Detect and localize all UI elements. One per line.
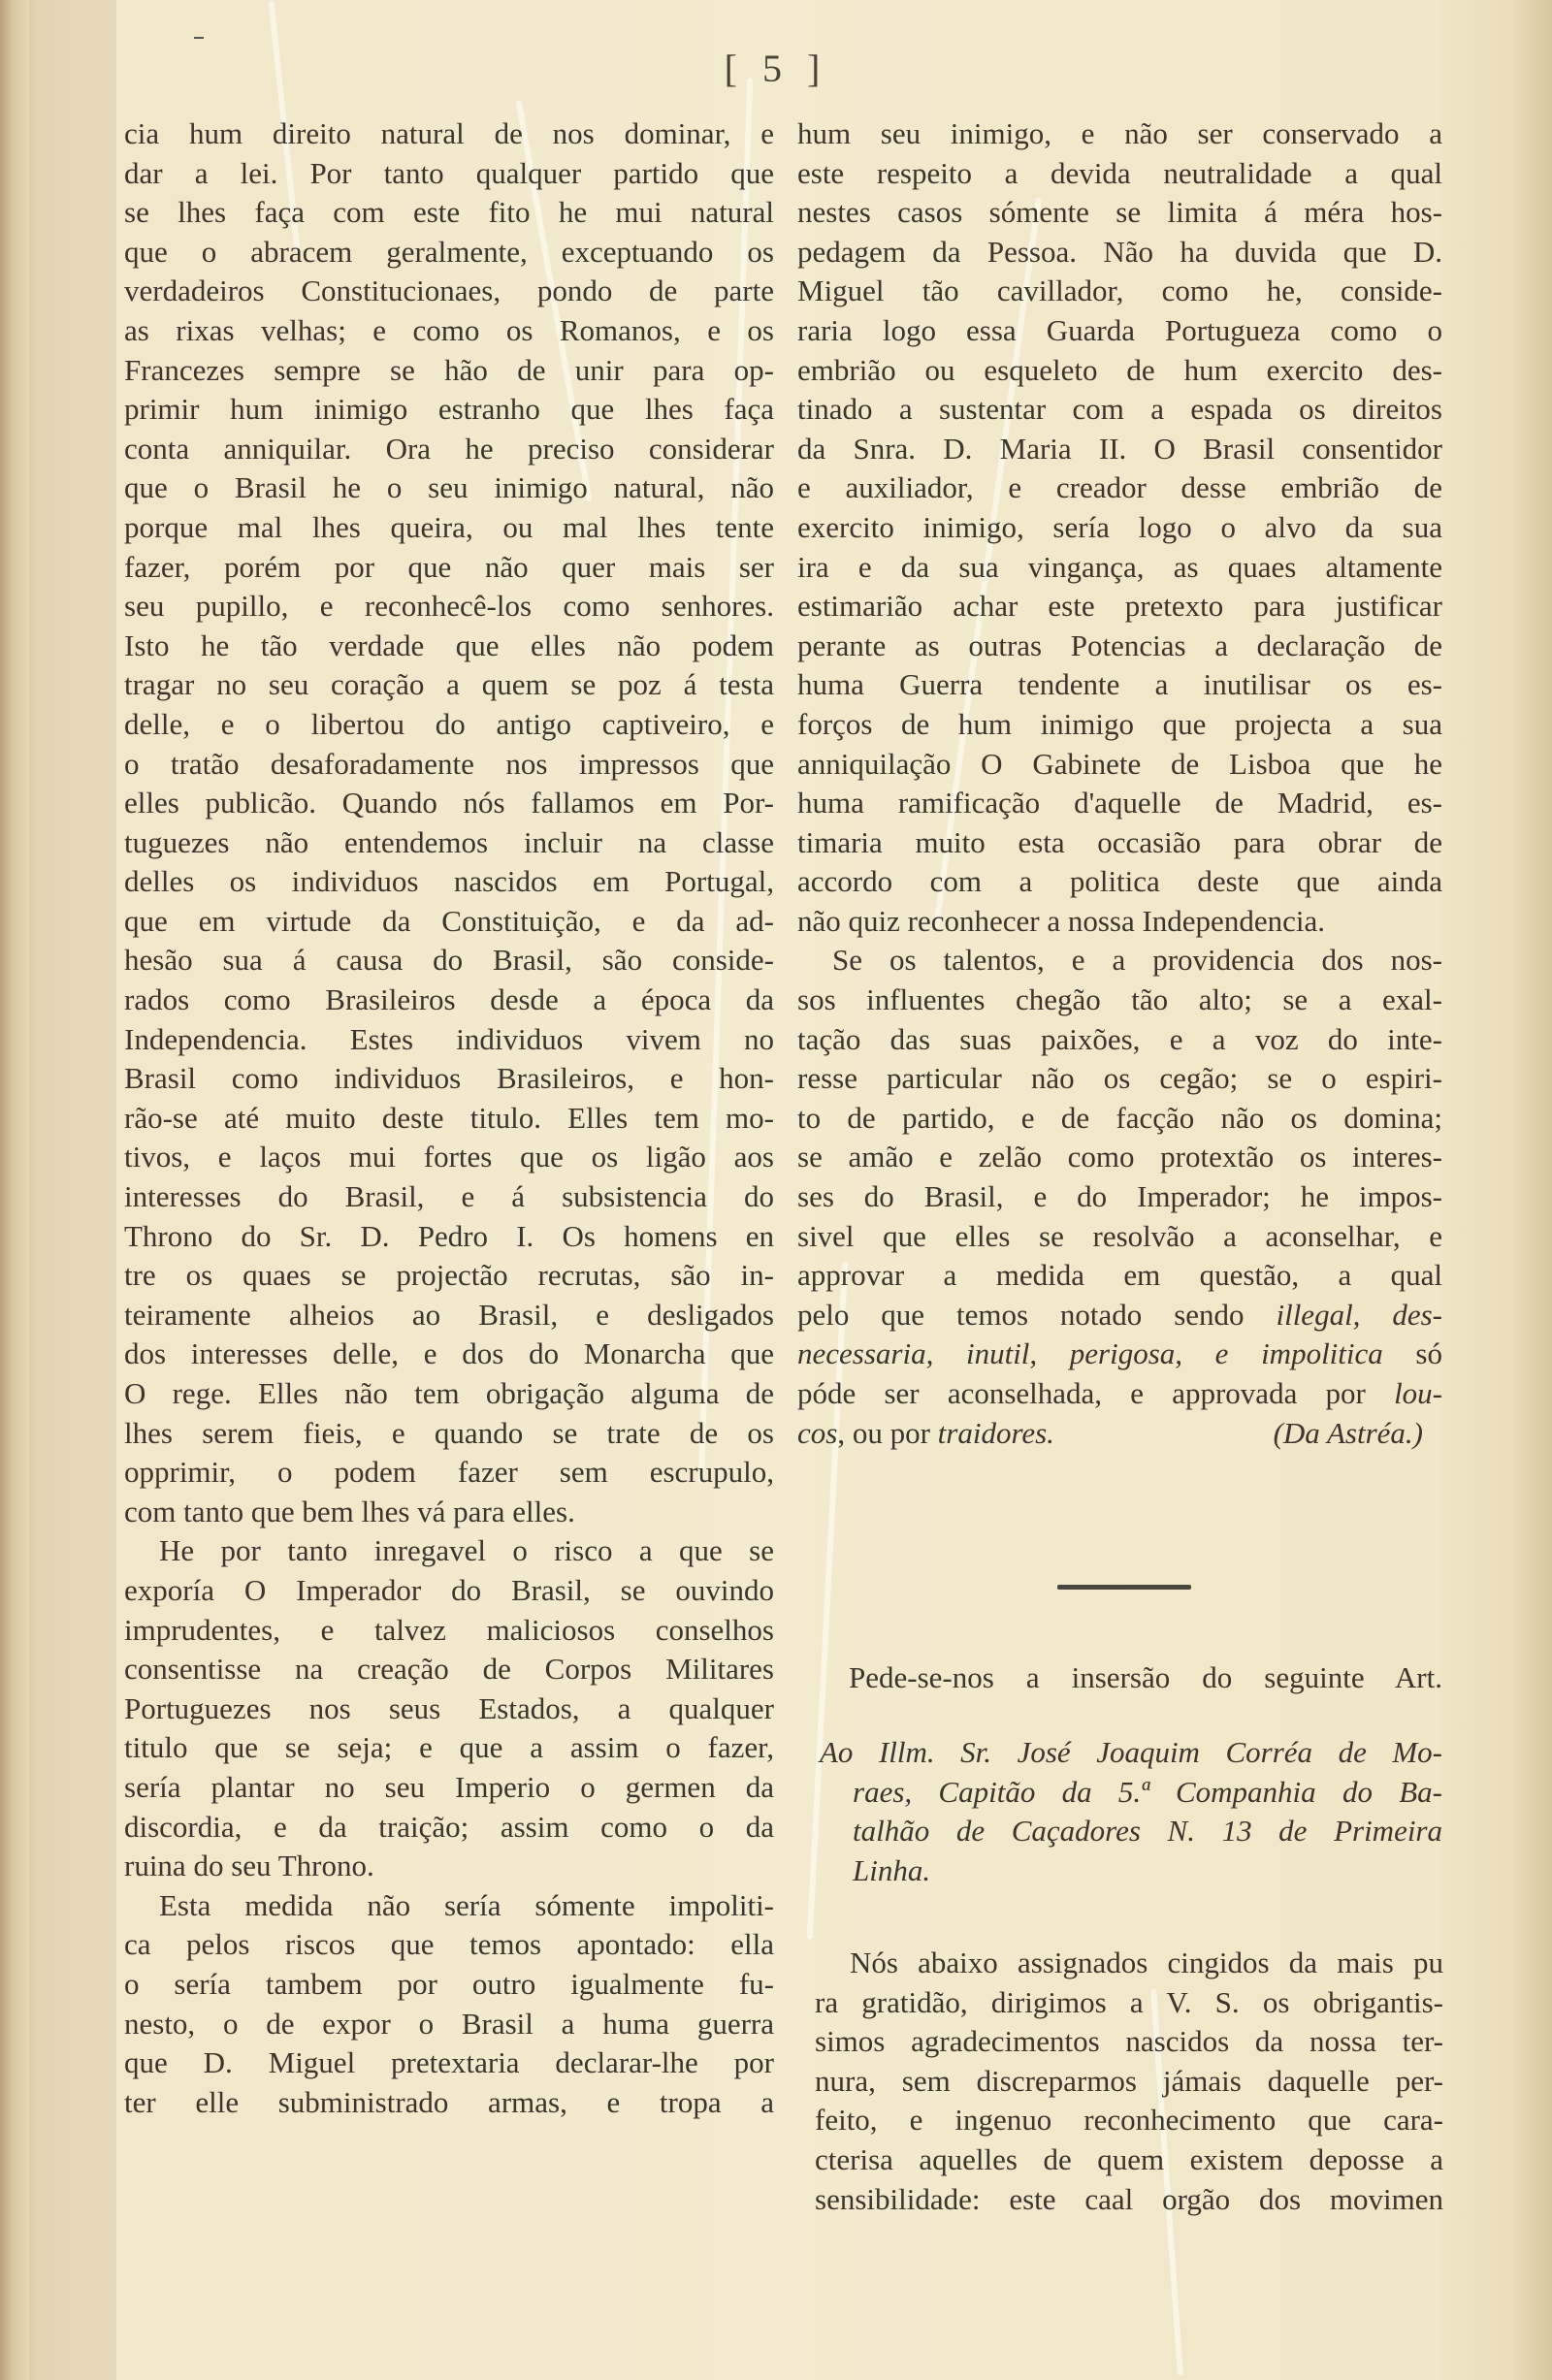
- text-line: que o abracem geralmente, exceptuando os: [124, 233, 774, 273]
- right-paragraph-1: hum seu inimigo, e não ser conservado ae…: [797, 114, 1442, 941]
- text-line: dar a lei. Por tanto qualquer partido qu…: [124, 154, 774, 194]
- text-line: delle, e o libertou do antigo captiveiro…: [124, 705, 774, 745]
- text-line: Esta medida não sería sómente impoliti-: [124, 1886, 774, 1926]
- text-line: perante as outras Potencias a declaração…: [797, 627, 1442, 666]
- text-line: nesto, o de expor o Brasil a huma guerra: [124, 2005, 774, 2044]
- text-line: Throno do Sr. D. Pedro I. Os homens en: [124, 1217, 774, 1257]
- text-line: hum seu inimigo, e não ser conservado a: [797, 114, 1442, 154]
- text-line: to de partido, e de facção não os domina…: [797, 1099, 1442, 1139]
- text-line: que o Brasil he o seu inimigo natural, n…: [124, 468, 774, 508]
- text-line: tação das suas paixões, e a voz do inte-: [797, 1020, 1442, 1060]
- text-line: pelo que temos notado sendo illegal, des…: [797, 1296, 1442, 1335]
- text-line: accordo com a politica deste que ainda: [797, 862, 1442, 902]
- text-line: simos agradecimentos nascidos da nossa t…: [815, 2022, 1443, 2062]
- text-line: não quiz reconhecer a nossa Independenci…: [797, 902, 1442, 942]
- italic-word: illegal, des-: [1276, 1298, 1442, 1332]
- text-line: hesão sua á causa do Brasil, são conside…: [124, 941, 774, 981]
- text-line: Portuguezes nos seus Estados, a qualquer: [124, 1689, 774, 1729]
- text-line: póde ser aconselhada, e approvada por lo…: [797, 1374, 1442, 1414]
- text-line: sos influentes chegão tão alto; se a exa…: [797, 981, 1442, 1020]
- text-line: huma ramificação d'aquelle de Madrid, es…: [797, 784, 1442, 823]
- text-line: dos interesses delle, e dos do Monarcha …: [124, 1335, 774, 1374]
- text-line: cia hum direito natural de nos dominar, …: [124, 114, 774, 154]
- text-line: da Snra. D. Maria II. O Brasil consentid…: [797, 430, 1442, 469]
- text-line: Francezes sempre se hão de unir para op-: [124, 351, 774, 391]
- text-line: nestes casos sómente se limita á méra ho…: [797, 193, 1442, 233]
- text-line: Independencia. Estes individuos vivem no: [124, 1020, 774, 1060]
- newspaper-page: [ 5 ] cia hum direito natural de nos dom…: [0, 0, 1552, 2380]
- text-line: tragar no seu coração a quem se poz á te…: [124, 665, 774, 705]
- right-paragraph-2: Se os talentos, e a providencia dos nos-…: [797, 941, 1442, 1295]
- source-attribution: (Da Astréa.): [1274, 1414, 1442, 1454]
- text-line: titulo que se seja; e que a assim o faze…: [124, 1728, 774, 1768]
- text-line: lhes serem fieis, e quando se trate de o…: [124, 1414, 774, 1454]
- letter-address: Ao Illm. Sr. José Joaquim Corréa de Mo- …: [820, 1733, 1442, 1890]
- text-line: e auxiliador, e creador desse embrião de: [797, 468, 1442, 508]
- text-line: ca pelos riscos que temos apontado: ella: [124, 1925, 774, 1965]
- page-number: [ 5 ]: [0, 46, 1552, 91]
- text-line: nura, sem discreparmos jámais daquelle p…: [815, 2062, 1443, 2102]
- text-line: Miguel tão cavillador, como he, conside-: [797, 272, 1442, 311]
- text-line: raria logo essa Guarda Portugueza como o: [797, 311, 1442, 351]
- text-line: que D. Miguel pretextaria declarar-lhe p…: [124, 2043, 774, 2083]
- text-line: forços de hum inimigo que projecta a sua: [797, 705, 1442, 745]
- text-line: necessaria, inutil, perigosa, e impoliti…: [797, 1335, 1442, 1374]
- text-line: He por tanto inregavel o risco a que se: [124, 1531, 774, 1571]
- text-line: teiramente alheios ao Brasil, e desligad…: [124, 1296, 774, 1335]
- text-line: ter elle subministrado armas, e tropa a: [124, 2083, 774, 2123]
- text-line: consentisse na creação de Corpos Militar…: [124, 1650, 774, 1689]
- text-line: feito, e ingenuo reconhecimento que cara…: [815, 2101, 1443, 2140]
- text-line: que em virtude da Constituição, e da ad-: [124, 902, 774, 942]
- text-line: tivos, e laços mui fortes que os ligão a…: [124, 1138, 774, 1177]
- address-line: Linha.: [820, 1851, 1442, 1891]
- text-line: sensibilidade: este caal orgão dos movim…: [815, 2180, 1443, 2220]
- left-paragraph-3: Esta medida não sería sómente impoliti-c…: [124, 1886, 774, 2123]
- text-line: resse particular não os cegão; se o espi…: [797, 1059, 1442, 1099]
- text-line: opprimir, o podem fazer sem escrupulo,: [124, 1453, 774, 1493]
- address-line: Ao Illm. Sr. José Joaquim Corréa de Mo-: [820, 1733, 1442, 1773]
- text-line: embrião ou esqueleto de hum exercito des…: [797, 351, 1442, 391]
- text-line: Nós abaixo assignados cingidos da mais p…: [815, 1944, 1443, 1983]
- text-line: tre os quaes se projectão recrutas, são …: [124, 1256, 774, 1296]
- text-line: porque mal lhes queira, ou mal lhes tent…: [124, 508, 774, 548]
- text-line: Isto he tão verdade que elles não podem: [124, 627, 774, 666]
- text-line: conta anniquilar. Ora he preciso conside…: [124, 430, 774, 469]
- text-line: approvar a medida em questão, a qual: [797, 1256, 1442, 1296]
- text-line: huma Guerra tendente a inutilisar os es-: [797, 665, 1442, 705]
- text-line: delles os individuos nascidos em Portuga…: [124, 862, 774, 902]
- text-line: com tanto que bem lhes vá para elles.: [124, 1493, 774, 1532]
- text-line: O rege. Elles não tem obrigação alguma d…: [124, 1374, 774, 1414]
- left-paragraph-1: cia hum direito natural de nos dominar, …: [124, 114, 774, 1531]
- insertion-request: Pede-se-nos a insersão do seguinte Art.: [849, 1660, 1442, 1700]
- text-line: ira e da sua vingança, as quaes altament…: [797, 548, 1442, 588]
- text-line: interesses do Brasil, e á subsistencia d…: [124, 1177, 774, 1217]
- text-line: sería plantar no seu Imperio o germen da: [124, 1768, 774, 1808]
- text-line: Brasil como individuos Brasileiros, e ho…: [124, 1059, 774, 1099]
- address-line: raes, Capitão da 5.ª Companhia do Ba-: [820, 1773, 1442, 1813]
- text-line: cterisa aquelles de quem existem deposse…: [815, 2140, 1443, 2180]
- letter-body: Nós abaixo assignados cingidos da mais p…: [815, 1944, 1443, 2219]
- left-paragraph-2: He por tanto inregavel o risco a que see…: [124, 1531, 774, 1885]
- text-line: o sería tambem por outro igualmente fu-: [124, 1965, 774, 2005]
- text-line: tuguezes não entendemos incluir na class…: [124, 823, 774, 863]
- text-line: este respeito a devida neutralidade a qu…: [797, 154, 1442, 194]
- text-line: exercito inimigo, sería logo o alvo da s…: [797, 508, 1442, 548]
- corner-mark: [194, 37, 204, 39]
- separator-rule: [1057, 1585, 1191, 1590]
- text-line: rados como Brasileiros desde a época da: [124, 981, 774, 1020]
- text-line: discordia, e da traição; assim como o da: [124, 1808, 774, 1848]
- text-line: timaria muito esta occasião para obrar d…: [797, 823, 1442, 863]
- text-line: elles publicão. Quando nós fallamos em P…: [124, 784, 774, 823]
- text-line: imprudentes, e talvez maliciosos conselh…: [124, 1611, 774, 1651]
- text-line: primir hum inimigo estranho que lhes faç…: [124, 390, 774, 430]
- text-line: pedagem da Pessoa. Não ha duvida que D.: [797, 233, 1442, 273]
- text-line: sivel que elles se resolvão a aconselhar…: [797, 1217, 1442, 1257]
- text-line: as rixas velhas; e como os Romanos, e os: [124, 311, 774, 351]
- left-column: cia hum direito natural de nos dominar, …: [124, 114, 774, 2122]
- text-line: se lhes faça com este fito he mui natura…: [124, 193, 774, 233]
- text-line: o tratão desaforadamente nos impressos q…: [124, 745, 774, 785]
- address-line: talhão de Caçadores N. 13 de Primeira: [820, 1812, 1442, 1851]
- text-line: se amão e zelão como protextão os intere…: [797, 1138, 1442, 1177]
- text-line: seu pupillo, e reconhecê-los como senhor…: [124, 587, 774, 627]
- text-line: verdadeiros Constitucionaes, pondo de pa…: [124, 272, 774, 311]
- text-line: rão-se até muito deste titulo. Elles tem…: [124, 1099, 774, 1139]
- text-line: tinado a sustentar com a espada os direi…: [797, 390, 1442, 430]
- right-column: hum seu inimigo, e não ser conservado ae…: [797, 114, 1442, 1453]
- text-line: estimarião achar este pretexto para just…: [797, 587, 1442, 627]
- text-line: fazer, porém por que não quer mais ser: [124, 548, 774, 588]
- text-line: anniquilação O Gabinete de Lisboa que he: [797, 745, 1442, 785]
- text-line: ses do Brasil, e do Imperador; he impos-: [797, 1177, 1442, 1217]
- text-line: ra gratidão, dirigimos a V. S. os obriga…: [815, 1983, 1443, 2023]
- text-line: exporía O Imperador do Brasil, se ouvind…: [124, 1571, 774, 1611]
- text-line: Se os talentos, e a providencia dos nos-: [797, 941, 1442, 981]
- text-line: cos, ou por traidores. (Da Astréa.): [797, 1414, 1442, 1454]
- text-line: ruina do seu Throno.: [124, 1847, 774, 1886]
